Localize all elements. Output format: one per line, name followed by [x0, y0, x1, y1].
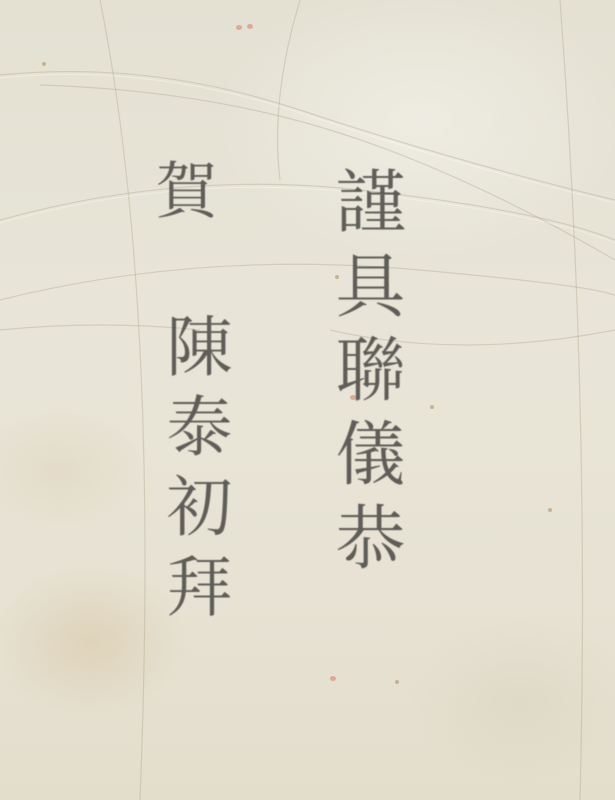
red-stain: [330, 676, 336, 681]
aged-paper-document: 謹具聯儀恭 賀 陳泰初拜: [0, 0, 615, 800]
dedication-column: 謹具聯儀恭: [330, 165, 400, 585]
greeting-character: 賀: [150, 158, 212, 238]
foxing-spot: [430, 405, 434, 409]
signature-column: 陳泰初拜: [160, 312, 226, 632]
paper-creases: [0, 0, 615, 800]
red-stain: [247, 24, 253, 29]
foxing-spot: [42, 62, 46, 66]
red-stain: [236, 25, 242, 30]
foxing-spot: [548, 508, 552, 512]
foxing-spot: [395, 680, 399, 684]
